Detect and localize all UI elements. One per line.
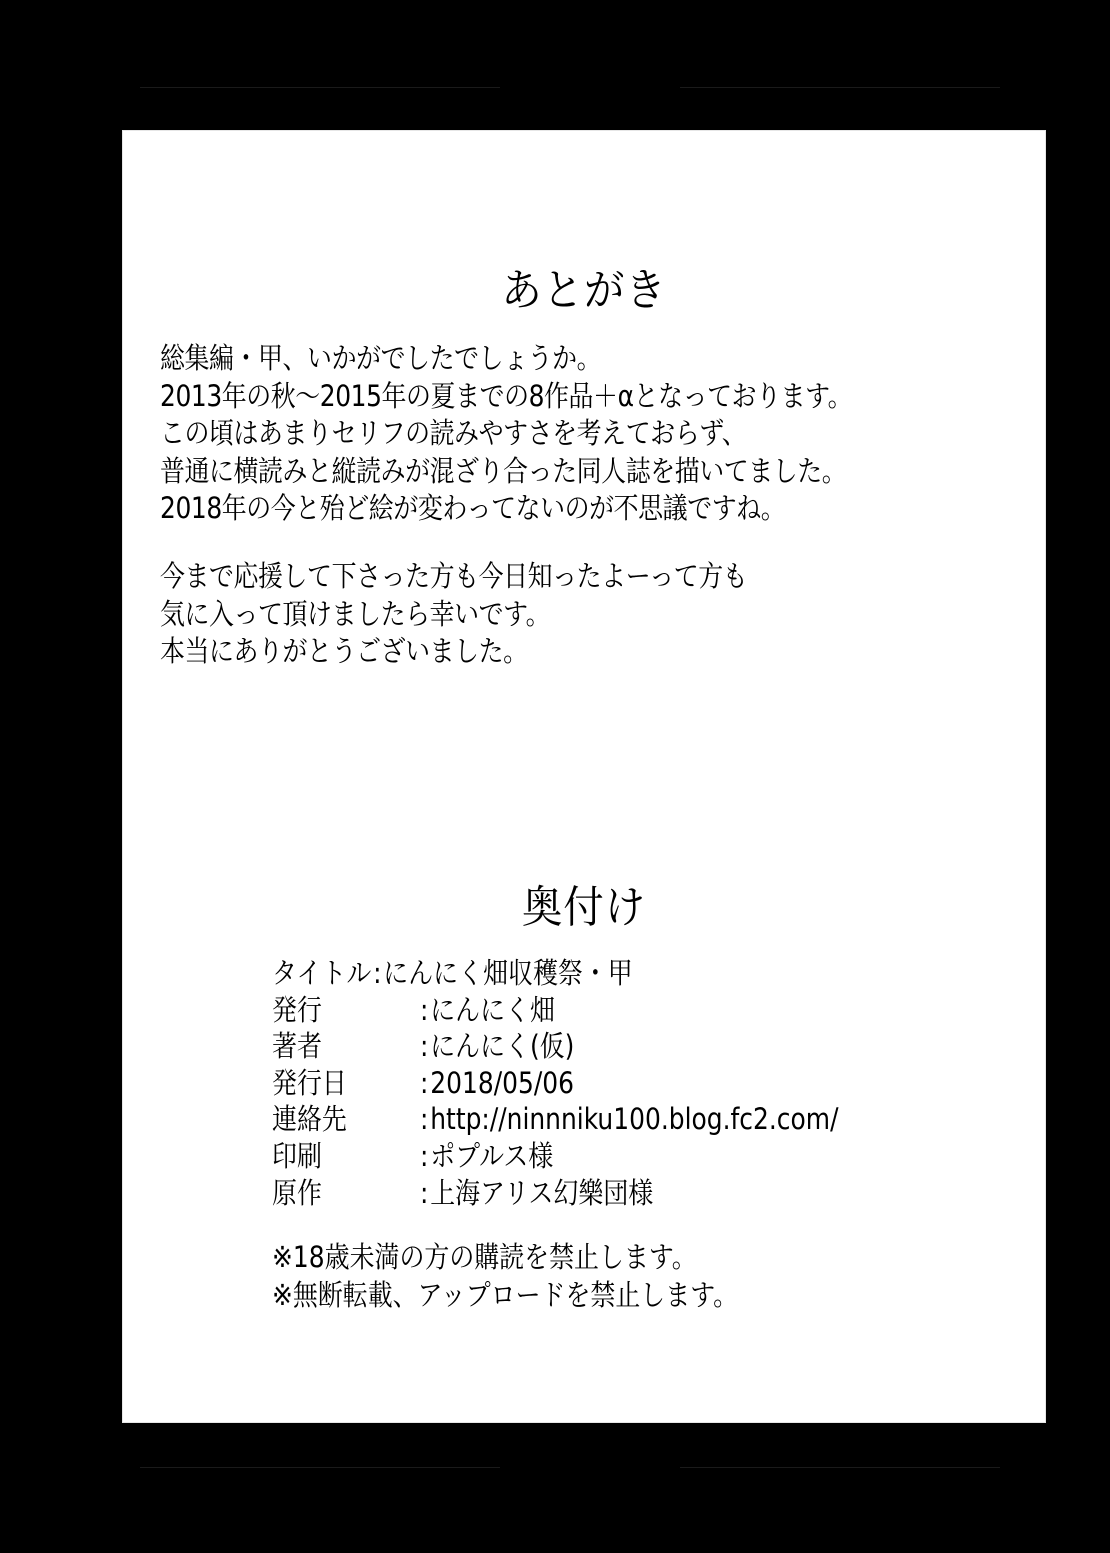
text-line: 2013年の秋～2015年の夏までの8作品＋αとなっております。 (160, 378, 852, 416)
colophon-value: ポプルス様 (430, 1138, 553, 1175)
colophon-separator: : (418, 1101, 430, 1138)
text-line: 気に入って頂けましたら幸いです。 (160, 596, 747, 634)
colophon-row-contact: 連絡先 : http://ninnniku100.blog.fc2.com/ (272, 1101, 838, 1138)
scan-artifact-line (680, 87, 1000, 88)
colophon-row-publisher: 発行 : にんにく畑 (272, 992, 838, 1029)
colophon-table: タイトル : にんにく畑収穫祭・甲 発行 : にんにく畑 著者 : にんにく(仮… (272, 955, 838, 1211)
colophon-value: にんにく(仮) (430, 1028, 574, 1065)
colophon-separator: : (418, 1175, 430, 1212)
scan-artifact-line (680, 1467, 1000, 1468)
text-line: この頃はあまりセリフの読みやすさを考えておらず、 (160, 415, 852, 453)
colophon-value: にんにく畑収穫祭・甲 (383, 955, 632, 992)
colophon-separator: : (418, 1138, 430, 1175)
colophon-label: 印刷 (272, 1138, 418, 1175)
colophon-separator: : (418, 1065, 430, 1102)
colophon-label: 発行日 (272, 1065, 418, 1102)
text-line: 普通に横読みと縦読みが混ざり合った同人誌を描いてました。 (160, 453, 852, 491)
age-restriction-notice: ※18歳未満の方の購読を禁止します。 (272, 1238, 738, 1276)
afterword-paragraph: 総集編・甲、いかがでしたでしょうか。 2013年の秋～2015年の夏までの8作品… (160, 340, 852, 528)
colophon-value: 上海アリス幻樂団様 (430, 1175, 653, 1212)
notices: ※18歳未満の方の購読を禁止します。 ※無断転載、アップロードを禁止します。 (272, 1238, 738, 1314)
afterword-heading: あとがき (159, 265, 1009, 317)
colophon-label: タイトル (272, 955, 371, 992)
colophon-row-title: タイトル : にんにく畑収穫祭・甲 (272, 955, 838, 992)
text-line: 今まで応援して下さった方も今日知ったよーって方も (160, 558, 747, 596)
colophon-separator: : (371, 955, 383, 992)
text-line: 本当にありがとうございました。 (160, 633, 747, 671)
colophon-row-author: 著者 : にんにく(仮) (272, 1028, 838, 1065)
afterword-paragraph: 今まで応援して下さった方も今日知ったよーって方も 気に入って頂けましたら幸いです… (160, 558, 747, 671)
colophon-contact-url: http://ninnniku100.blog.fc2.com/ (430, 1101, 838, 1138)
no-reupload-notice: ※無断転載、アップロードを禁止します。 (272, 1276, 738, 1314)
colophon-value: にんにく畑 (430, 992, 555, 1029)
text-line: 2018年の今と殆ど絵が変わってないのが不思議ですね。 (160, 490, 852, 528)
colophon-row-original-work: 原作 : 上海アリス幻樂団様 (272, 1175, 838, 1212)
colophon-label: 原作 (272, 1175, 418, 1212)
colophon-separator: : (418, 992, 430, 1029)
book-page: あとがき 総集編・甲、いかがでしたでしょうか。 2013年の秋～2015年の夏ま… (122, 130, 1046, 1423)
colophon-heading: 奥付け (159, 882, 1009, 934)
colophon-separator: : (418, 1028, 430, 1065)
colophon-row-date: 発行日 : 2018/05/06 (272, 1065, 838, 1102)
scan-artifact-line (140, 87, 500, 88)
scan-artifact-line (140, 1467, 500, 1468)
colophon-label: 発行 (272, 992, 418, 1029)
colophon-row-printer: 印刷 : ポプルス様 (272, 1138, 838, 1175)
colophon-value: 2018/05/06 (430, 1065, 574, 1102)
colophon-label: 連絡先 (272, 1101, 418, 1138)
text-line: 総集編・甲、いかがでしたでしょうか。 (160, 340, 852, 378)
colophon-label: 著者 (272, 1028, 418, 1065)
